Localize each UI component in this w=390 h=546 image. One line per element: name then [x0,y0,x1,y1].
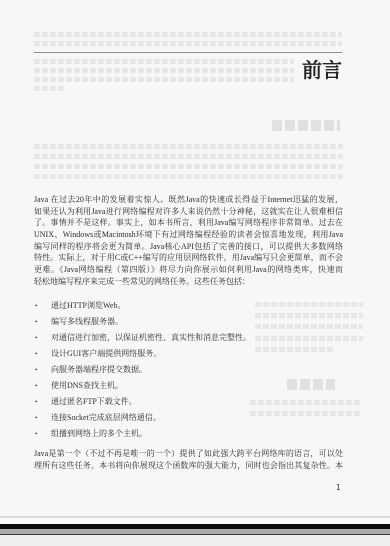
text-line: 更难。《Java网络编程（第四版）》将尽力向你展示如何利用Java的网络类库，快… [34,264,343,276]
show-through-heading [272,120,340,131]
text-line: 理所有这些任务。本书将向你展现这个函数库的强大能力，同时也会指出其复杂性。本 [34,460,343,472]
bullet-marker: • [34,410,51,426]
list-item-text: 使用DNS查找主机。 [51,378,343,394]
bullet-marker: • [34,394,51,410]
text-line: 了。事情并不是这样。事实上，如本书所言，利用Java编写网络程序非常简单。过去在 [34,217,343,229]
list-item-text: 组播到网络上的多个主机。 [51,426,343,442]
list-item-text: 通过匿名FTP下载文件。 [51,394,343,410]
list-item: •向服务器端程序提交数据。 [34,362,343,378]
show-through-line [34,41,342,46]
bullet-marker: • [34,378,51,394]
list-item-text: 连接Socket完成底层网络通信。 [51,410,343,426]
text-line: 特性。实际上，对于用C或C++编写的应用层网络软件，用Java编写只会更简单，而… [34,252,343,264]
text-line: 轻松地编写程序来完成一些常见的网络任务。这些任务包括： [34,276,343,288]
bullet-marker: • [34,362,51,378]
list-item: •使用DNS查找主机。 [34,378,343,394]
list-item-text: 向服务器端程序提交数据。 [51,362,343,378]
book-page: 前言 Java 在过去20年中的发展着实惊人。既然Java的快速成长得益于Int… [0,0,390,516]
show-through-line [34,86,64,91]
page-number: 1 [336,483,341,493]
show-through-line [34,174,343,179]
bullet-marker: • [34,314,51,330]
list-item: •通过匿名FTP下载文件。 [34,394,343,410]
list-item-text: 通过HTTP浏览Web。 [51,298,343,314]
bullet-marker: • [34,346,51,362]
text-line: 编写同样的程序将会更为简单。Java核心API包括了完善的接口，可以提供大多数网… [34,241,343,253]
closing-paragraph: Java是第一个（不过不再是唯一的一个）提供了如此强大跨平台网络库的语言，可以处… [34,448,343,472]
intro-paragraph: Java 在过去20年中的发展着实惊人。既然Java的快速成长得益于Intern… [34,194,343,288]
show-through-line [34,154,343,159]
list-item-text: 编写多线程服务器。 [51,314,343,330]
text-line: 如果还认为利用Java进行网络编程对许多人来说仍然十分神秘，这就实在让人很难相信 [34,206,343,218]
show-through-line [34,164,343,169]
chapter-rule [34,52,342,53]
text-line: UNIX、Windows或Macintosh环境下有过网络编程经验的读者会惊喜地… [34,229,343,241]
show-through-line [34,32,342,37]
list-item: •组播到网络上的多个主机。 [34,426,343,442]
list-item: •设计GUI客户端提供网络服务。 [34,346,343,362]
bullet-marker: • [34,426,51,442]
list-item-text: 对通信进行加密，以保证机密性、真实性和消息完整性。 [51,330,343,346]
chapter-title: 前言 [302,57,342,83]
list-item: •连接Socket完成底层网络通信。 [34,410,343,426]
bullet-marker: • [34,298,51,314]
text-line: Java 在过去20年中的发展着实惊人。既然Java的快速成长得益于Intern… [34,194,343,206]
list-item: •对通信进行加密，以保证机密性、真实性和消息完整性。 [34,330,343,346]
show-through-line [34,144,343,149]
list-item-text: 设计GUI客户端提供网络服务。 [51,346,343,362]
show-through-line [34,59,294,64]
task-list: •通过HTTP浏览Web。 •编写多线程服务器。 •对通信进行加密，以保证机密性… [34,298,343,442]
show-through-line [34,77,294,82]
list-item: •编写多线程服务器。 [34,314,343,330]
list-item: •通过HTTP浏览Web。 [34,298,343,314]
scan-edge-footer [0,535,390,546]
bullet-marker: • [34,330,51,346]
text-line: Java是第一个（不过不再是唯一的一个）提供了如此强大跨平台网络库的语言，可以处 [34,448,343,460]
show-through-line [34,68,294,73]
